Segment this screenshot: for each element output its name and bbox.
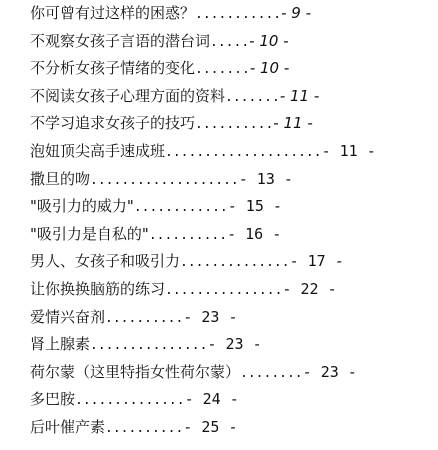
toc-entry-page: - 11 - (280, 87, 319, 105)
toc-entry-title: 多巴胺 (30, 390, 75, 408)
toc-entry-title: 爱情兴奋剂 (30, 308, 105, 326)
toc-entry-leader: ............ (134, 200, 228, 215)
toc-entry-page: - 23 - (207, 335, 261, 353)
toc-entry[interactable]: 你可曾有过这样的困惑？...........- 9 - (30, 0, 430, 28)
toc-entry[interactable]: 爱情兴奋剂..........- 23 - (30, 304, 430, 332)
toc-entry-leader: .............. (180, 255, 290, 270)
toc-entry[interactable]: 男人、女孩子和吸引力..............- 17 - (30, 248, 430, 276)
toc-entry-leader: .............. (75, 393, 185, 408)
toc-entry-title: 让你换换脑筋的练习 (30, 280, 165, 298)
toc-entry-page: - 15 - (228, 197, 282, 215)
toc-entry-title: 后叶催产素 (30, 418, 105, 436)
toc-entry[interactable]: 后叶催产素..........- 25 - (30, 414, 430, 442)
toc-entry-title: 撒旦的吻 (30, 170, 90, 188)
toc-entry-leader: .................... (165, 145, 322, 160)
toc-entry[interactable]: 泡妞顶尖高手速成班....................- 11 - (30, 138, 430, 166)
toc-entry[interactable]: 让你换换脑筋的练习...............- 22 - (30, 276, 430, 304)
toc-entry-title: 不阅读女孩子心理方面的资料 (30, 87, 225, 105)
toc-entry-title: 不观察女孩子言语的潜台词 (30, 32, 210, 50)
toc-entry-page: - 11 - (273, 114, 312, 132)
toc-entry-title: 荷尔蒙（这里特指女性荷尔蒙） (30, 363, 240, 381)
toc-entry[interactable]: 荷尔蒙（这里特指女性荷尔蒙）........- 23 - (30, 359, 430, 387)
toc-entry-title: "吸引力的威力" (30, 197, 134, 215)
toc-entry[interactable]: "吸引力是自私的"..........- 16 - (30, 221, 430, 249)
toc-entry-leader: ..... (210, 35, 249, 50)
toc-entry-title: 不学习追求女孩子的技巧 (30, 114, 195, 132)
toc-entry[interactable]: 不学习追求女孩子的技巧..........- 11 - (30, 110, 430, 138)
toc-entry-leader: ................... (90, 173, 239, 188)
toc-entry-leader: ............... (165, 283, 282, 298)
toc-entry-page: - 9 - (281, 4, 311, 22)
toc-entry[interactable]: 撒旦的吻...................- 13 - (30, 166, 430, 194)
toc-entry-leader: .......... (105, 311, 183, 326)
toc-entry-page: - 25 - (183, 418, 237, 436)
toc-entry[interactable]: "吸引力的威力"............- 15 - (30, 193, 430, 221)
toc-entry-leader: ........... (195, 7, 281, 22)
toc-entry-page: - 24 - (185, 390, 239, 408)
toc-entry-page: - 22 - (282, 280, 336, 298)
toc-entry-title: 肾上腺素 (30, 335, 90, 353)
toc-entry-title: 你可曾有过这样的困惑？ (30, 4, 195, 22)
toc-entry-leader: ....... (225, 90, 280, 105)
toc-entry-title: 不分析女孩子情绪的变化 (30, 59, 195, 77)
toc-entry-title: 泡妞顶尖高手速成班 (30, 142, 165, 160)
toc-entry-page: - 13 - (239, 170, 293, 188)
toc-entry-title: 男人、女孩子和吸引力 (30, 252, 180, 270)
toc-entry[interactable]: 不观察女孩子言语的潜台词.....- 10 - (30, 28, 430, 56)
toc-entry-leader: .......... (149, 228, 227, 243)
toc-entry-page: - 11 - (322, 142, 376, 160)
toc-entry[interactable]: 肾上腺素...............- 23 - (30, 331, 430, 359)
toc-entry-page: - 10 - (249, 32, 288, 50)
toc-entry[interactable]: 不分析女孩子情绪的变化.......- 10 - (30, 55, 430, 83)
toc-entry-leader: ............... (90, 338, 207, 353)
toc-entry-leader: ....... (195, 62, 250, 77)
toc-entry-title: "吸引力是自私的" (30, 225, 149, 243)
table-of-contents: 你可曾有过这样的困惑？...........- 9 - 不观察女孩子言语的潜台词… (30, 0, 430, 442)
toc-entry-page: - 17 - (290, 252, 344, 270)
toc-entry-page: - 10 - (250, 59, 289, 77)
toc-entry-page: - 23 - (303, 363, 357, 381)
toc-entry[interactable]: 多巴胺..............- 24 - (30, 386, 430, 414)
toc-entry-page: - 23 - (183, 308, 237, 326)
toc-entry-page: - 16 - (227, 225, 281, 243)
toc-entry-leader: ........ (240, 366, 303, 381)
toc-entry-leader: .......... (195, 117, 273, 132)
toc-entry[interactable]: 不阅读女孩子心理方面的资料.......- 11 - (30, 83, 430, 111)
toc-entry-leader: .......... (105, 421, 183, 436)
